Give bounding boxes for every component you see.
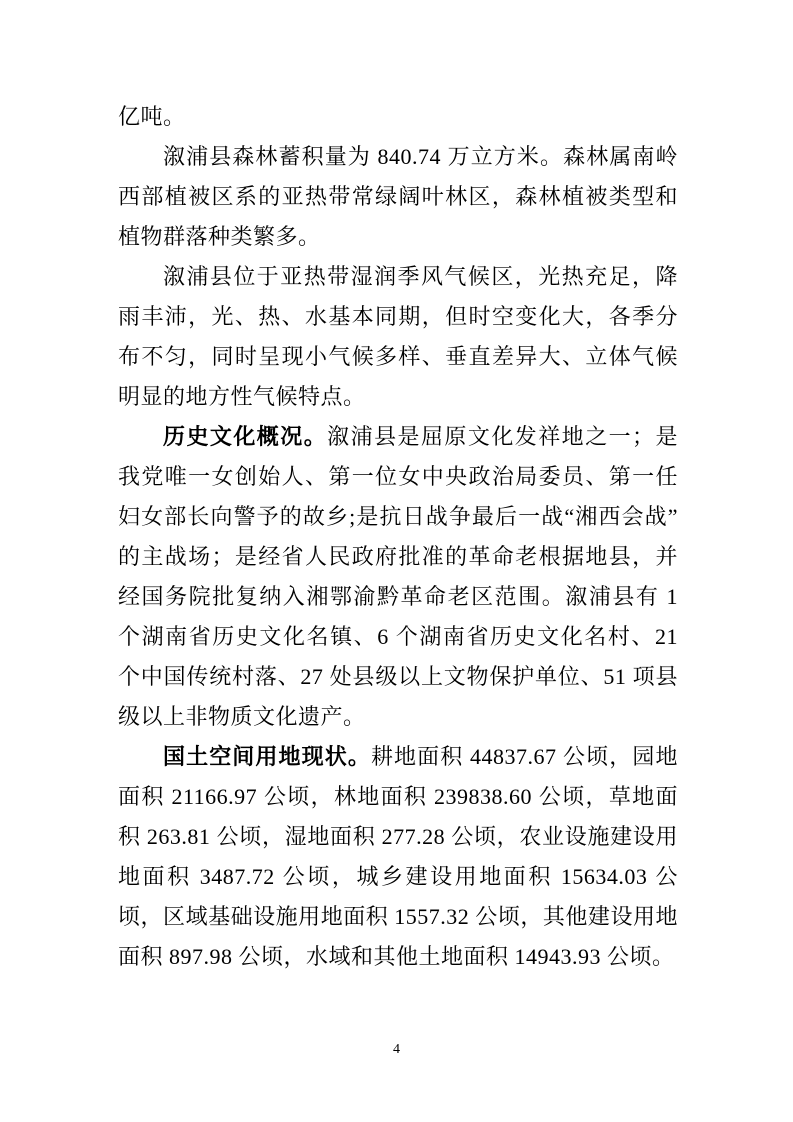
paragraph-text: 耕地面积 44837.67 公顷，园地面积 21166.97 公顷，林地面积 2… <box>118 744 678 969</box>
paragraph-history-culture: 历史文化概况。溆浦县是屈原文化发祥地之一；是我党唯一女创始人、第一位女中央政治局… <box>118 417 678 737</box>
paragraph-climate: 溆浦县位于亚热带湿润季风气候区，光热充足，降雨丰沛，光、热、水基本同期，但时空变… <box>118 257 678 417</box>
document-page: 亿吨。 溆浦县森林蓄积量为 840.74 万立方米。森林属南岭西部植被区系的亚热… <box>0 0 793 1122</box>
section-heading-land-use: 国土空间用地现状。 <box>163 744 371 769</box>
paragraph-land-use: 国土空间用地现状。耕地面积 44837.67 公顷，园地面积 21166.97 … <box>118 737 678 977</box>
paragraph-continuation: 亿吨。 <box>118 97 678 137</box>
section-heading-history-culture: 历史文化概况。 <box>163 424 327 449</box>
paragraph-forest-stock: 溆浦县森林蓄积量为 840.74 万立方米。森林属南岭西部植被区系的亚热带常绿阔… <box>118 137 678 257</box>
paragraph-text: 溆浦县是屈原文化发祥地之一；是我党唯一女创始人、第一位女中央政治局委员、第一任妇… <box>118 424 678 729</box>
page-number: 4 <box>0 1042 793 1058</box>
document-content: 亿吨。 溆浦县森林蓄积量为 840.74 万立方米。森林属南岭西部植被区系的亚热… <box>118 97 678 977</box>
